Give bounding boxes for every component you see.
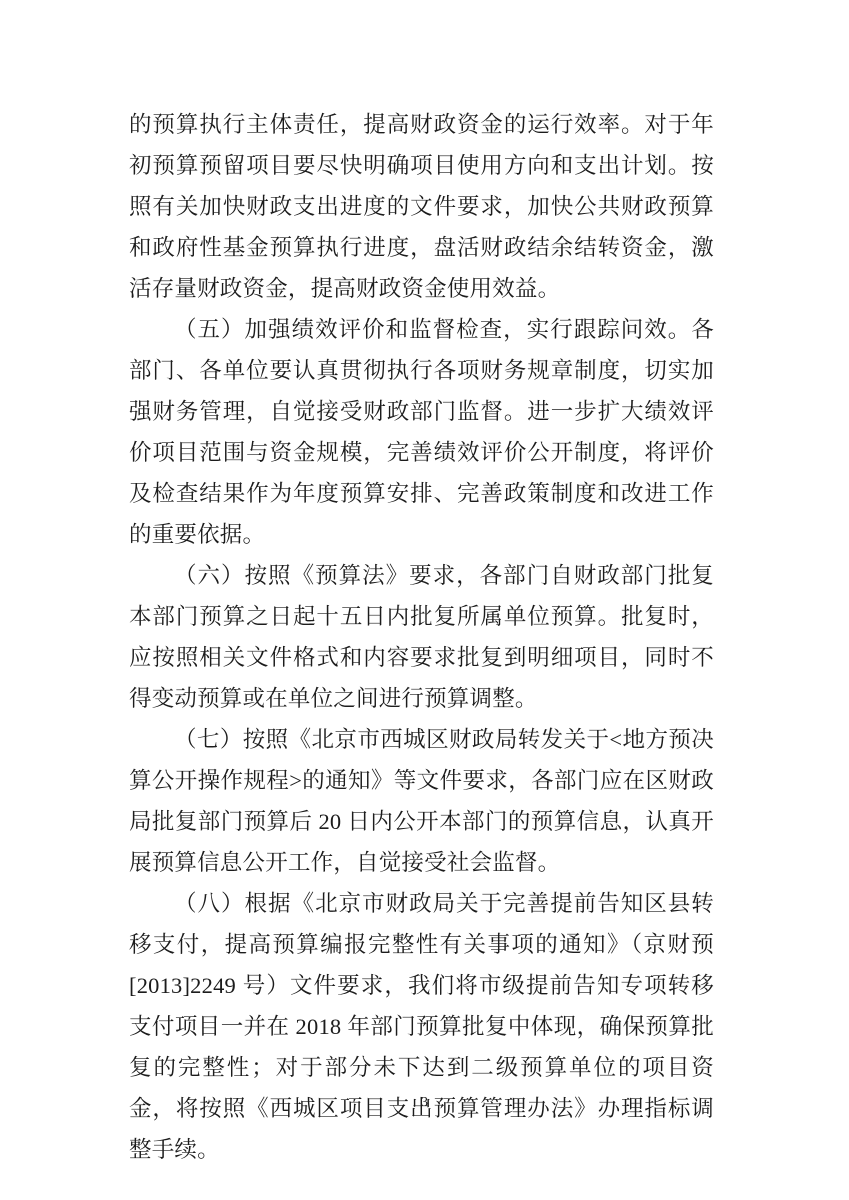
document-body: 的预算执行主体责任，提高财政资金的运行效率。对于年初预算预留项目要尽快明确项目使… [129,104,714,1170]
document-page: 的预算执行主体责任，提高财政资金的运行效率。对于年初预算预留项目要尽快明确项目使… [0,0,849,1200]
paragraph-item-6: （六）按照《预算法》要求，各部门自财政部门批复本部门预算之日起十五日内批复所属单… [129,555,714,719]
page-number: 3 [421,1095,428,1110]
paragraph-item-7: （七）按照《北京市西城区财政局转发关于<地方预决算公开操作规程>的通知》等文件要… [129,719,714,883]
paragraph-item-5: （五）加强绩效评价和监督检查，实行跟踪问效。各部门、各单位要认真贯彻执行各项财务… [129,309,714,555]
paragraph-item-8: （八）根据《北京市财政局关于完善提前告知区县转移支付，提高预算编报完整性有关事项… [129,883,714,1170]
paragraph-continuation: 的预算执行主体责任，提高财政资金的运行效率。对于年初预算预留项目要尽快明确项目使… [129,104,714,309]
page-footer: 3 [0,1094,849,1112]
